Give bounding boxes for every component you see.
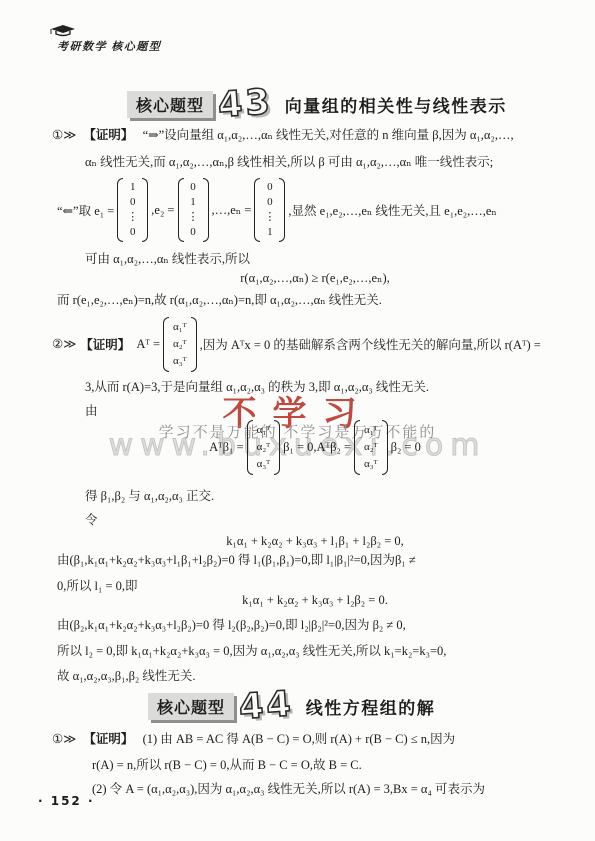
proof1-text1: “⇒”设向量组 α₁,α₂,…,αₙ 线性无关,对任意的 n 维向量 β,因为 … [143,128,514,142]
proof1-line3: 可由 α₁,α₂,…,αₙ 线性表示,所以 [85,252,250,267]
section-number: 44 [238,684,295,728]
eq-part-b: β₁ = 0,Aᵀβ₂ = [283,440,351,455]
item-marker: ①≫ [52,128,76,142]
proof3-line3: (2) 令 A = (α₁,α₂,α₃),因为 α₁,α₂,α₃ 线性无关,所以… [92,782,485,797]
vector-e2: 0 1 ⋮ 0 [178,178,209,242]
proof2-line9: 所以 l₂ = 0,即 k₁α₁+k₂α₂+k₃α₃ = 0,因为 α₁,α₂,… [57,644,446,659]
right-paren [203,178,209,242]
eq-part-a: Aᵀβ₁ = [209,440,243,455]
right-paren [274,420,280,475]
section-title: 向量组的相关性与线性表示 [285,92,507,117]
proof1-line4: 而 r(e₁,e₂,…,eₙ)=n,故 r(α₁,α₂,…,αₙ)=n,即 α₁… [57,293,382,308]
sep2-text: ,…,eₙ = [212,202,252,218]
vector-en: 0 0 ⋮ 1 [254,178,285,242]
proof3-line2: r(A) = n,所以 r(B − C) = 0,从而 B − C = O,故 … [92,758,362,773]
right-paren [142,178,148,242]
proof3-line1: ①≫ 【证明】 (1) 由 AB = AC 得 A(B − C) = O,则 r… [52,732,455,747]
book-page: 考研数学 核心题型 核心题型 43 向量组的相关性与线性表示 ①≫ 【证明】 “… [0,0,595,841]
matrix-AT: α₁ᵀ α₂ᵀ α₃ᵀ [354,420,388,475]
item-marker: ②≫ [52,336,76,352]
page-number: · 152 · [38,794,95,808]
proof2-intro: Aᵀ = [136,337,160,352]
proof2-line7: 0,所以 l₁ = 0,即 [57,579,138,594]
graduation-cap-icon [50,24,76,38]
section-badge: 核心题型 [127,91,213,118]
matrix-AT: α₁ᵀ α₂ᵀ α₃ᵀ [163,317,197,372]
take-text: “⇐”取 e₁ = [57,201,114,219]
right-paren [382,420,388,475]
vector-e1: 1 0 ⋮ 0 [117,178,148,242]
proof-label: 【证明】 [83,128,133,142]
section-title: 线性方程组的解 [306,694,436,719]
proof1-line1: ①≫ 【证明】 “⇒”设向量组 α₁,α₂,…,αₙ 线性无关,对任意的 n 维… [52,128,514,143]
proof2-line1: ②≫ 【证明】 Aᵀ = α₁ᵀ α₂ᵀ α₃ᵀ ,因为 Aᵀx = 0 的基础… [52,312,541,376]
proof2-line8: 由(β₂,k₁α₁+k₂α₂+k₃α₃+l₂β₂)=0 得 l₂(β₂,β₂)=… [57,618,406,633]
proof1-line2: αₙ 线性无关,而 α₁,α₂,…,αₙ,β 线性相关,所以 β 可由 α₁,α… [85,155,493,170]
proof2-line5: 令 [85,513,98,528]
eq-part-c: β₂ = 0 [391,440,421,455]
section-badge: 核心题型 [148,693,234,720]
proof2-line6: 由(β₁,k₁α₁+k₂α₂+k₃α₃+l₁β₁+l₂β₂)=0 得 l₁(β₁… [57,553,416,568]
proof2-line2: 3,从而 r(A)=3,于是向量组 α₁,α₂,α₃ 的秩为 3,即 α₁,α₂… [85,380,429,395]
sep1-text: ,e₂ = [151,203,174,218]
proof1-eq1: r(α₁,α₂,…,αₙ) ≥ r(e₁,e₂,…,eₙ), [85,270,545,286]
proof2-eq1: Aᵀβ₁ = α₁ᵀ α₂ᵀ α₃ᵀ β₁ = 0,Aᵀβ₂ = α₁ᵀ α₂ᵀ… [85,416,545,478]
proof2-after-matrix: ,因为 Aᵀx = 0 的基础解系含两个线性无关的解向量,所以 r(Aᵀ) = [200,335,541,353]
proof3-text1: (1) 由 AB = AC 得 A(B − C) = O,则 r(A) + r(… [143,732,456,746]
proof-label: 【证明】 [80,335,130,353]
right-paren [279,178,285,242]
proof2-line10: 故 α₁,α₂,α₃,β₁,β₂ 线性无关. [57,669,196,684]
proof2-eq3: k₁α₁ + k₂α₂ + k₃α₃ + l₂β₂ = 0. [85,593,545,608]
book-brand: 考研数学 核心题型 [57,38,161,54]
proof2-line4: 得 β₁,β₂ 与 α₁,α₂,α₃ 正交. [85,489,214,504]
proof-label: 【证明】 [83,732,133,746]
matrix-AT: α₁ᵀ α₂ᵀ α₃ᵀ [247,420,281,475]
item-marker: ①≫ [52,732,76,746]
proof2-eq2: k₁α₁ + k₂α₂ + k₃α₃ + l₁β₁ + l₂β₂ = 0, [85,534,545,549]
section-44-banner: 核心题型 44 线性方程组的解 [148,686,435,726]
section-number: 43 [217,82,274,126]
proof1-vector-row: “⇐”取 e₁ = 1 0 ⋮ 0 ,e₂ = 0 1 ⋮ 0 ,…,eₙ = [57,172,497,248]
after-vectors-text: ,显然 e₁,e₂,…,eₙ 线性无关,且 e₁,e₂,…,eₙ [288,201,496,219]
right-paren [191,317,197,372]
section-43-banner: 核心题型 43 向量组的相关性与线性表示 [127,84,507,124]
